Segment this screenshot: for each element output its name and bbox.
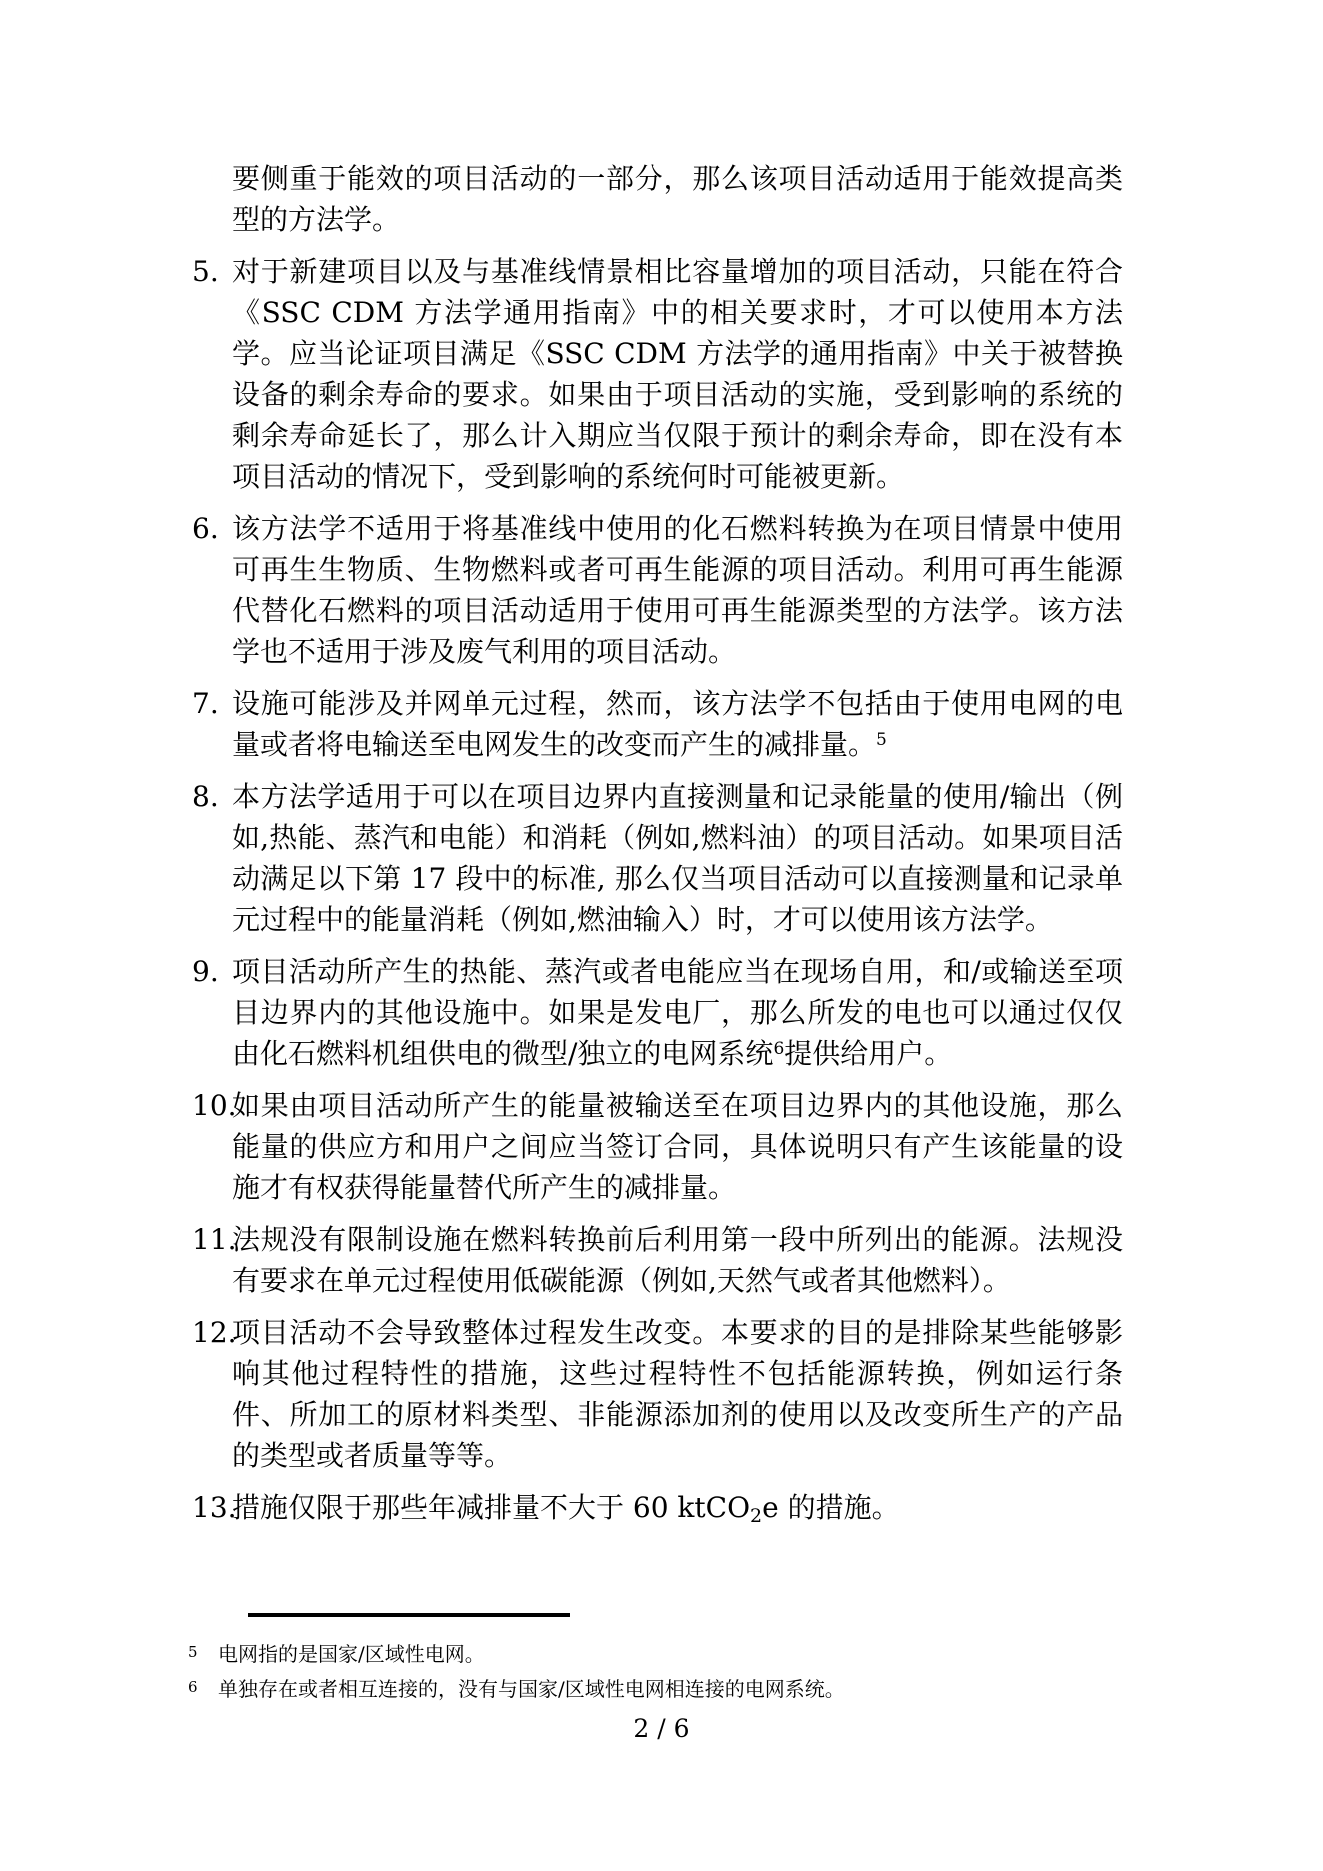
numbered-paragraph: 10. 如果由项目活动所产生的能量被输送至在项目边界内的其他设施，那么能量的供应… — [192, 1085, 1123, 1208]
footnote-separator — [248, 1613, 570, 1617]
footnote-area: 5 电网指的是国家/区域性电网。 6 单独存在或者相互连接的，没有与国家/区域性… — [186, 1613, 1126, 1707]
paragraph-text: 本方法学适用于可以在项目边界内直接测量和记录能量的使用/输出（例如,热能、蒸汽和… — [232, 780, 1123, 936]
paragraph-text: 项目活动不会导致整体过程发生改变。本要求的目的是排除某些能够影响其他过程特性的措… — [232, 1316, 1123, 1472]
paragraph-text: 该方法学不适用于将基准线中使用的化石燃料转换为在项目情景中使用可再生生物质、生物… — [232, 512, 1123, 668]
footnote-ref: 6 — [773, 1039, 784, 1059]
list-number: 12. — [192, 1312, 232, 1353]
list-number: 8. — [192, 776, 232, 817]
footnote-text: 单独存在或者相互连接的，没有与国家/区域性电网相连接的电网系统。 — [218, 1677, 845, 1701]
list-number: 11. — [192, 1219, 232, 1260]
footnote-marker: 6 — [188, 1670, 198, 1705]
list-number: 7. — [192, 683, 232, 724]
numbered-paragraph: 6. 该方法学不适用于将基准线中使用的化石燃料转换为在项目情景中使用可再生生物质… — [192, 508, 1123, 672]
footnote-text: 电网指的是国家/区域性电网。 — [218, 1642, 485, 1666]
numbered-paragraph: 9. 项目活动所产生的热能、蒸汽或者电能应当在现场自用，和/或输送至项目边界内的… — [192, 951, 1123, 1074]
numbered-paragraph: 5. 对于新建项目以及与基准线情景相比容量增加的项目活动，只能在符合《SSC C… — [192, 251, 1123, 497]
numbered-paragraph: 要侧重于能效的项目活动的一部分，那么该项目活动适用于能效提高类型的方法学。 — [192, 158, 1123, 240]
numbered-paragraph: 8. 本方法学适用于可以在项目边界内直接测量和记录能量的使用/输出（例如,热能、… — [192, 776, 1123, 940]
numbered-paragraph: 11. 法规没有限制设施在燃料转换前后利用第一段中所列出的能源。法规没有要求在单… — [192, 1219, 1123, 1301]
paragraph-text: 措施仅限于那些年减排量不大于 60 ktCO2e 的措施。 — [232, 1491, 900, 1524]
page-number: 2 / 6 — [0, 1714, 1323, 1743]
list-number: 5. — [192, 251, 232, 292]
list-number: 13. — [192, 1487, 232, 1528]
footnote: 6 单独存在或者相互连接的，没有与国家/区域性电网相连接的电网系统。 — [186, 1672, 1126, 1707]
paragraph-text: 设施可能涉及并网单元过程，然而，该方法学不包括由于使用电网的电量或者将电输送至电… — [232, 687, 1123, 761]
footnote-ref: 5 — [876, 730, 887, 750]
list-number: 10. — [192, 1085, 232, 1126]
document-body: 要侧重于能效的项目活动的一部分，那么该项目活动适用于能效提高类型的方法学。 5.… — [192, 158, 1123, 1539]
document-page: 要侧重于能效的项目活动的一部分，那么该项目活动适用于能效提高类型的方法学。 5.… — [0, 0, 1323, 1871]
footnote-list: 5 电网指的是国家/区域性电网。 6 单独存在或者相互连接的，没有与国家/区域性… — [186, 1637, 1126, 1707]
paragraph-text: 项目活动所产生的热能、蒸汽或者电能应当在现场自用，和/或输送至项目边界内的其他设… — [232, 955, 1123, 1070]
footnote-marker: 5 — [188, 1635, 198, 1670]
paragraph-text: 要侧重于能效的项目活动的一部分，那么该项目活动适用于能效提高类型的方法学。 — [232, 162, 1123, 236]
numbered-paragraph: 13. 措施仅限于那些年减排量不大于 60 ktCO2e 的措施。 — [192, 1487, 1123, 1528]
list-number: 9. — [192, 951, 232, 992]
subscript: 2 — [750, 1505, 762, 1527]
list-number: 6. — [192, 508, 232, 549]
numbered-paragraph: 12. 项目活动不会导致整体过程发生改变。本要求的目的是排除某些能够影响其他过程… — [192, 1312, 1123, 1476]
paragraph-text: 对于新建项目以及与基准线情景相比容量增加的项目活动，只能在符合《SSC CDM … — [232, 255, 1123, 493]
paragraph-text: 法规没有限制设施在燃料转换前后利用第一段中所列出的能源。法规没有要求在单元过程使… — [232, 1223, 1123, 1297]
paragraph-text: 如果由项目活动所产生的能量被输送至在项目边界内的其他设施，那么能量的供应方和用户… — [232, 1089, 1123, 1204]
footnote: 5 电网指的是国家/区域性电网。 — [186, 1637, 1126, 1672]
numbered-paragraph: 7. 设施可能涉及并网单元过程，然而，该方法学不包括由于使用电网的电量或者将电输… — [192, 683, 1123, 765]
